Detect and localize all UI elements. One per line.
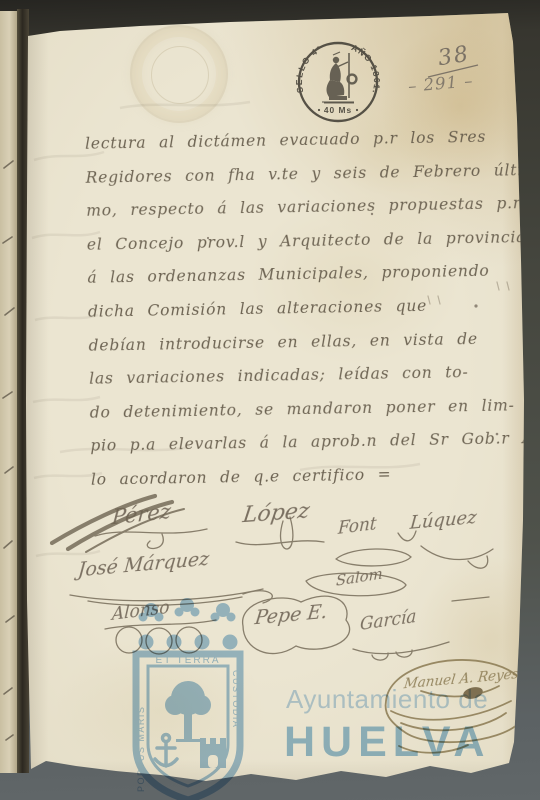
svg-text:SELLO 4º: SELLO 4º: [296, 43, 324, 93]
paper-stain: [55, 635, 265, 785]
signature-lopez: López: [241, 498, 311, 528]
signature-salom: Salom: [336, 564, 383, 590]
folio-number: 38: [436, 42, 472, 72]
signature-perez: Pérez: [111, 499, 172, 529]
signature-alonso: Alonso: [111, 598, 169, 625]
revenue-stamp-icon: SELLO 4º AÑO 1861. 40 Ms: [296, 40, 380, 124]
stamp-arc-left-text: SELLO 4º: [296, 43, 324, 93]
page-number: – 291 –: [407, 71, 474, 96]
stamp-denomination-text: 40 Ms: [324, 105, 352, 115]
manuscript-text: lectura al dictámen evacuado p.r los Sre…: [85, 120, 521, 497]
previous-page-edge: [0, 11, 17, 773]
signature-reyes: Manuel A. Reyes: [403, 666, 519, 692]
signature-luquez: Lúquez: [409, 507, 477, 534]
signature-garcia: García: [360, 607, 417, 635]
svg-text:AÑO 1861.: AÑO 1861.: [350, 42, 380, 95]
signature-pepe: Pepe E.: [254, 601, 329, 630]
stamp-seated-figure-icon: [324, 52, 356, 103]
text-line: lo acordaron de q.e certifico =: [91, 456, 522, 497]
stamp-arc-right-text: AÑO 1861.: [350, 42, 380, 95]
embossed-seal: [130, 25, 228, 123]
manuscript-scan: SELLO 4º AÑO 1861. 40 Ms 38 – 291 – lect…: [0, 0, 540, 800]
paper-page: SELLO 4º AÑO 1861. 40 Ms 38 – 291 – lect…: [0, 0, 540, 800]
paper-stain: [415, 555, 540, 725]
signature-font: Font: [337, 514, 377, 539]
signature-jose-marquez: José Márquez: [77, 547, 210, 581]
